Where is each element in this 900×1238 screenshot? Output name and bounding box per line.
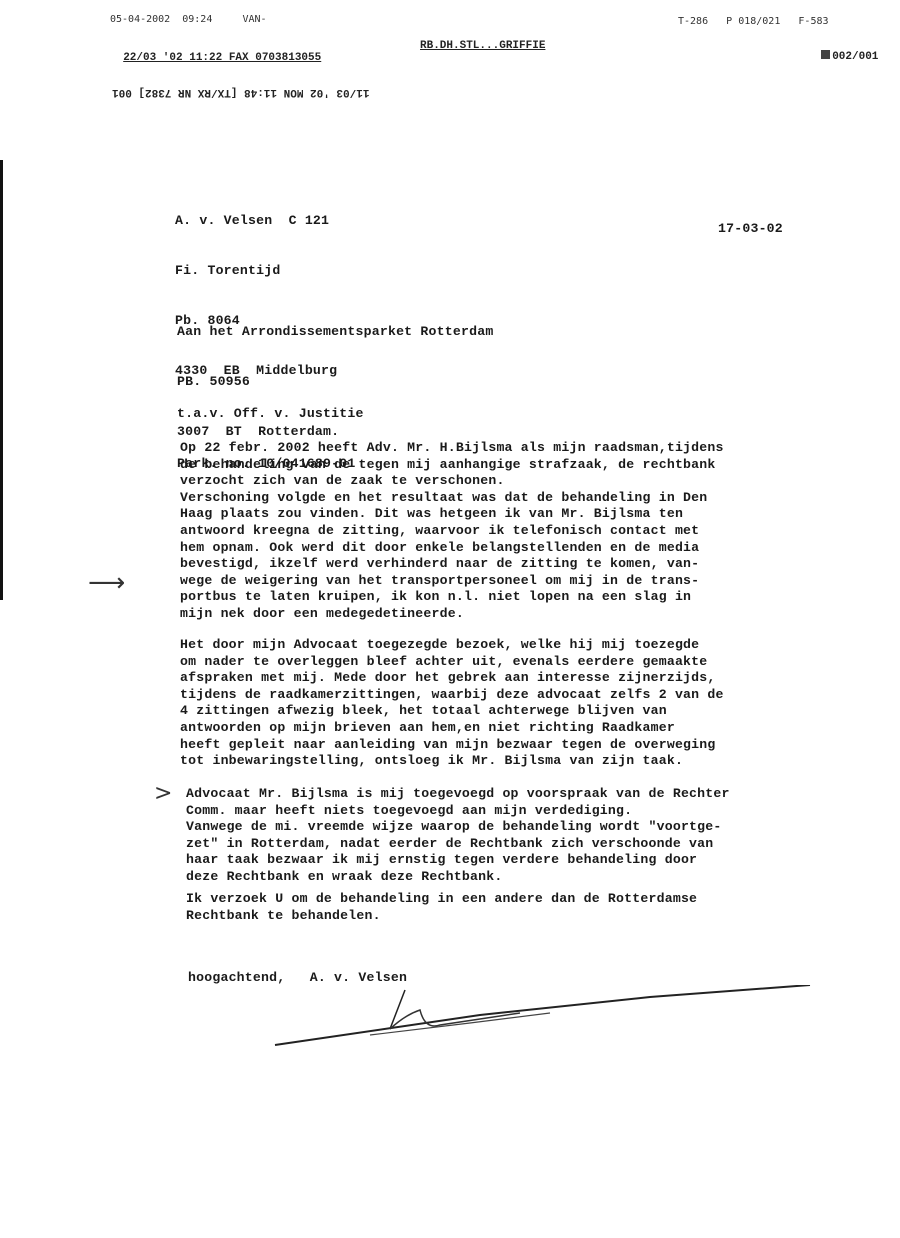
body-line: zet" in Rotterdam, nadat eerder de Recht… — [186, 836, 730, 853]
body-line: Het door mijn Advocaat toegezegde bezoek… — [180, 637, 724, 654]
body-line: afspraken met mij. Mede door het gebrek … — [180, 670, 724, 687]
body-line: Rechtbank te behandelen. — [186, 908, 697, 925]
fax-line2-text: 22/03 '02 11:22 FAX 0703813055 — [123, 52, 321, 64]
body-line: Ik verzoek U om de behandeling in een an… — [186, 891, 697, 908]
body-line: Haag plaats zou vinden. Dit was hetgeen … — [180, 506, 724, 523]
body-line: hem opnam. Ook werd dit door enkele bela… — [180, 540, 724, 557]
body-line: heeft gepleit naar aanleiding van mijn b… — [180, 737, 724, 754]
body-line: bevestigd, ikzelf werd verhinderd naar d… — [180, 556, 724, 573]
fax-header-line2-left: 22/03 '02 11:22 FAX 0703813055 — [110, 40, 321, 64]
body-line: Op 22 febr. 2002 heeft Adv. Mr. H.Bijlsm… — [180, 440, 724, 457]
body-line: mijn nek door een medegedetineerde. — [180, 606, 724, 623]
sender-name: A. v. Velsen C 121 — [175, 213, 337, 230]
body-line: tijdens de raadkamerzittingen, waarbij d… — [180, 687, 724, 704]
letter-date: 17-03-02 — [718, 221, 783, 238]
body-line: antwoord kreegna de zitting, waarvoor ik… — [180, 523, 724, 540]
body-line: Comm. maar heeft niets toegevoegd aan mi… — [186, 803, 730, 820]
fax-header-line1-right: T-286 P 018/021 F-583 — [678, 16, 829, 27]
fax-header-line1-left: 05-04-2002 09:24 VAN- — [110, 14, 267, 25]
body-paragraph-3: Advocaat Mr. Bijlsma is mij toegevoegd o… — [186, 786, 730, 886]
body-line: verzocht zich van de zaak te verschonen. — [180, 473, 724, 490]
body-line: Verschoning volgde en het resultaat was … — [180, 490, 724, 507]
sender-org: Fi. Torentijd — [175, 263, 337, 280]
body-line: haar taak bezwaar ik mij ernstig tegen v… — [186, 852, 730, 869]
body-line: deze Rechtbank en wraak deze Rechtbank. — [186, 869, 730, 886]
scan-edge-mark — [0, 160, 3, 600]
fax-page-icon — [821, 50, 830, 59]
body-line: wege de weigering van het transportperso… — [180, 573, 724, 590]
body-line: 4 zittingen afwezig bleek, het totaal ac… — [180, 703, 724, 720]
body-paragraph-4: Ik verzoek U om de behandeling in een an… — [186, 891, 697, 924]
body-line: tot inbewaringstelling, ontsloeg ik Mr. … — [180, 753, 724, 770]
fax-header-line2-mid: RB.DH.STL...GRIFFIE — [420, 40, 545, 52]
recipient-line1: Aan het Arrondissementsparket Rotterdam — [177, 324, 493, 341]
body-paragraph-1: Op 22 febr. 2002 heeft Adv. Mr. H.Bijlsm… — [180, 440, 724, 623]
body-line: portbus te laten kruipen, ik kon n.l. ni… — [180, 589, 724, 606]
reference-attn: t.a.v. Off. v. Justitie — [177, 406, 364, 423]
body-line: de behandeling van de tegen mij aanhangi… — [180, 457, 724, 474]
body-line: Vanwege de mi. vreemde wijze waarop de b… — [186, 819, 730, 836]
body-line: om nader te overleggen bleef achter uit,… — [180, 654, 724, 671]
fax-header-line2-right: 002/001 — [808, 38, 878, 63]
body-line: antwoorden op mijn brieven aan hem,en ni… — [180, 720, 724, 737]
signature-icon — [270, 985, 830, 1065]
chevron-right-icon: > — [154, 781, 172, 806]
fax-header-line3-mirrored: 11/03 '02 MON 11:48 [TX/RX NR 7382] 001 — [112, 86, 369, 98]
body-line: Advocaat Mr. Bijlsma is mij toegevoegd o… — [186, 786, 730, 803]
arrow-right-icon: ⟶ — [88, 568, 125, 598]
body-paragraph-2: Het door mijn Advocaat toegezegde bezoek… — [180, 637, 724, 770]
